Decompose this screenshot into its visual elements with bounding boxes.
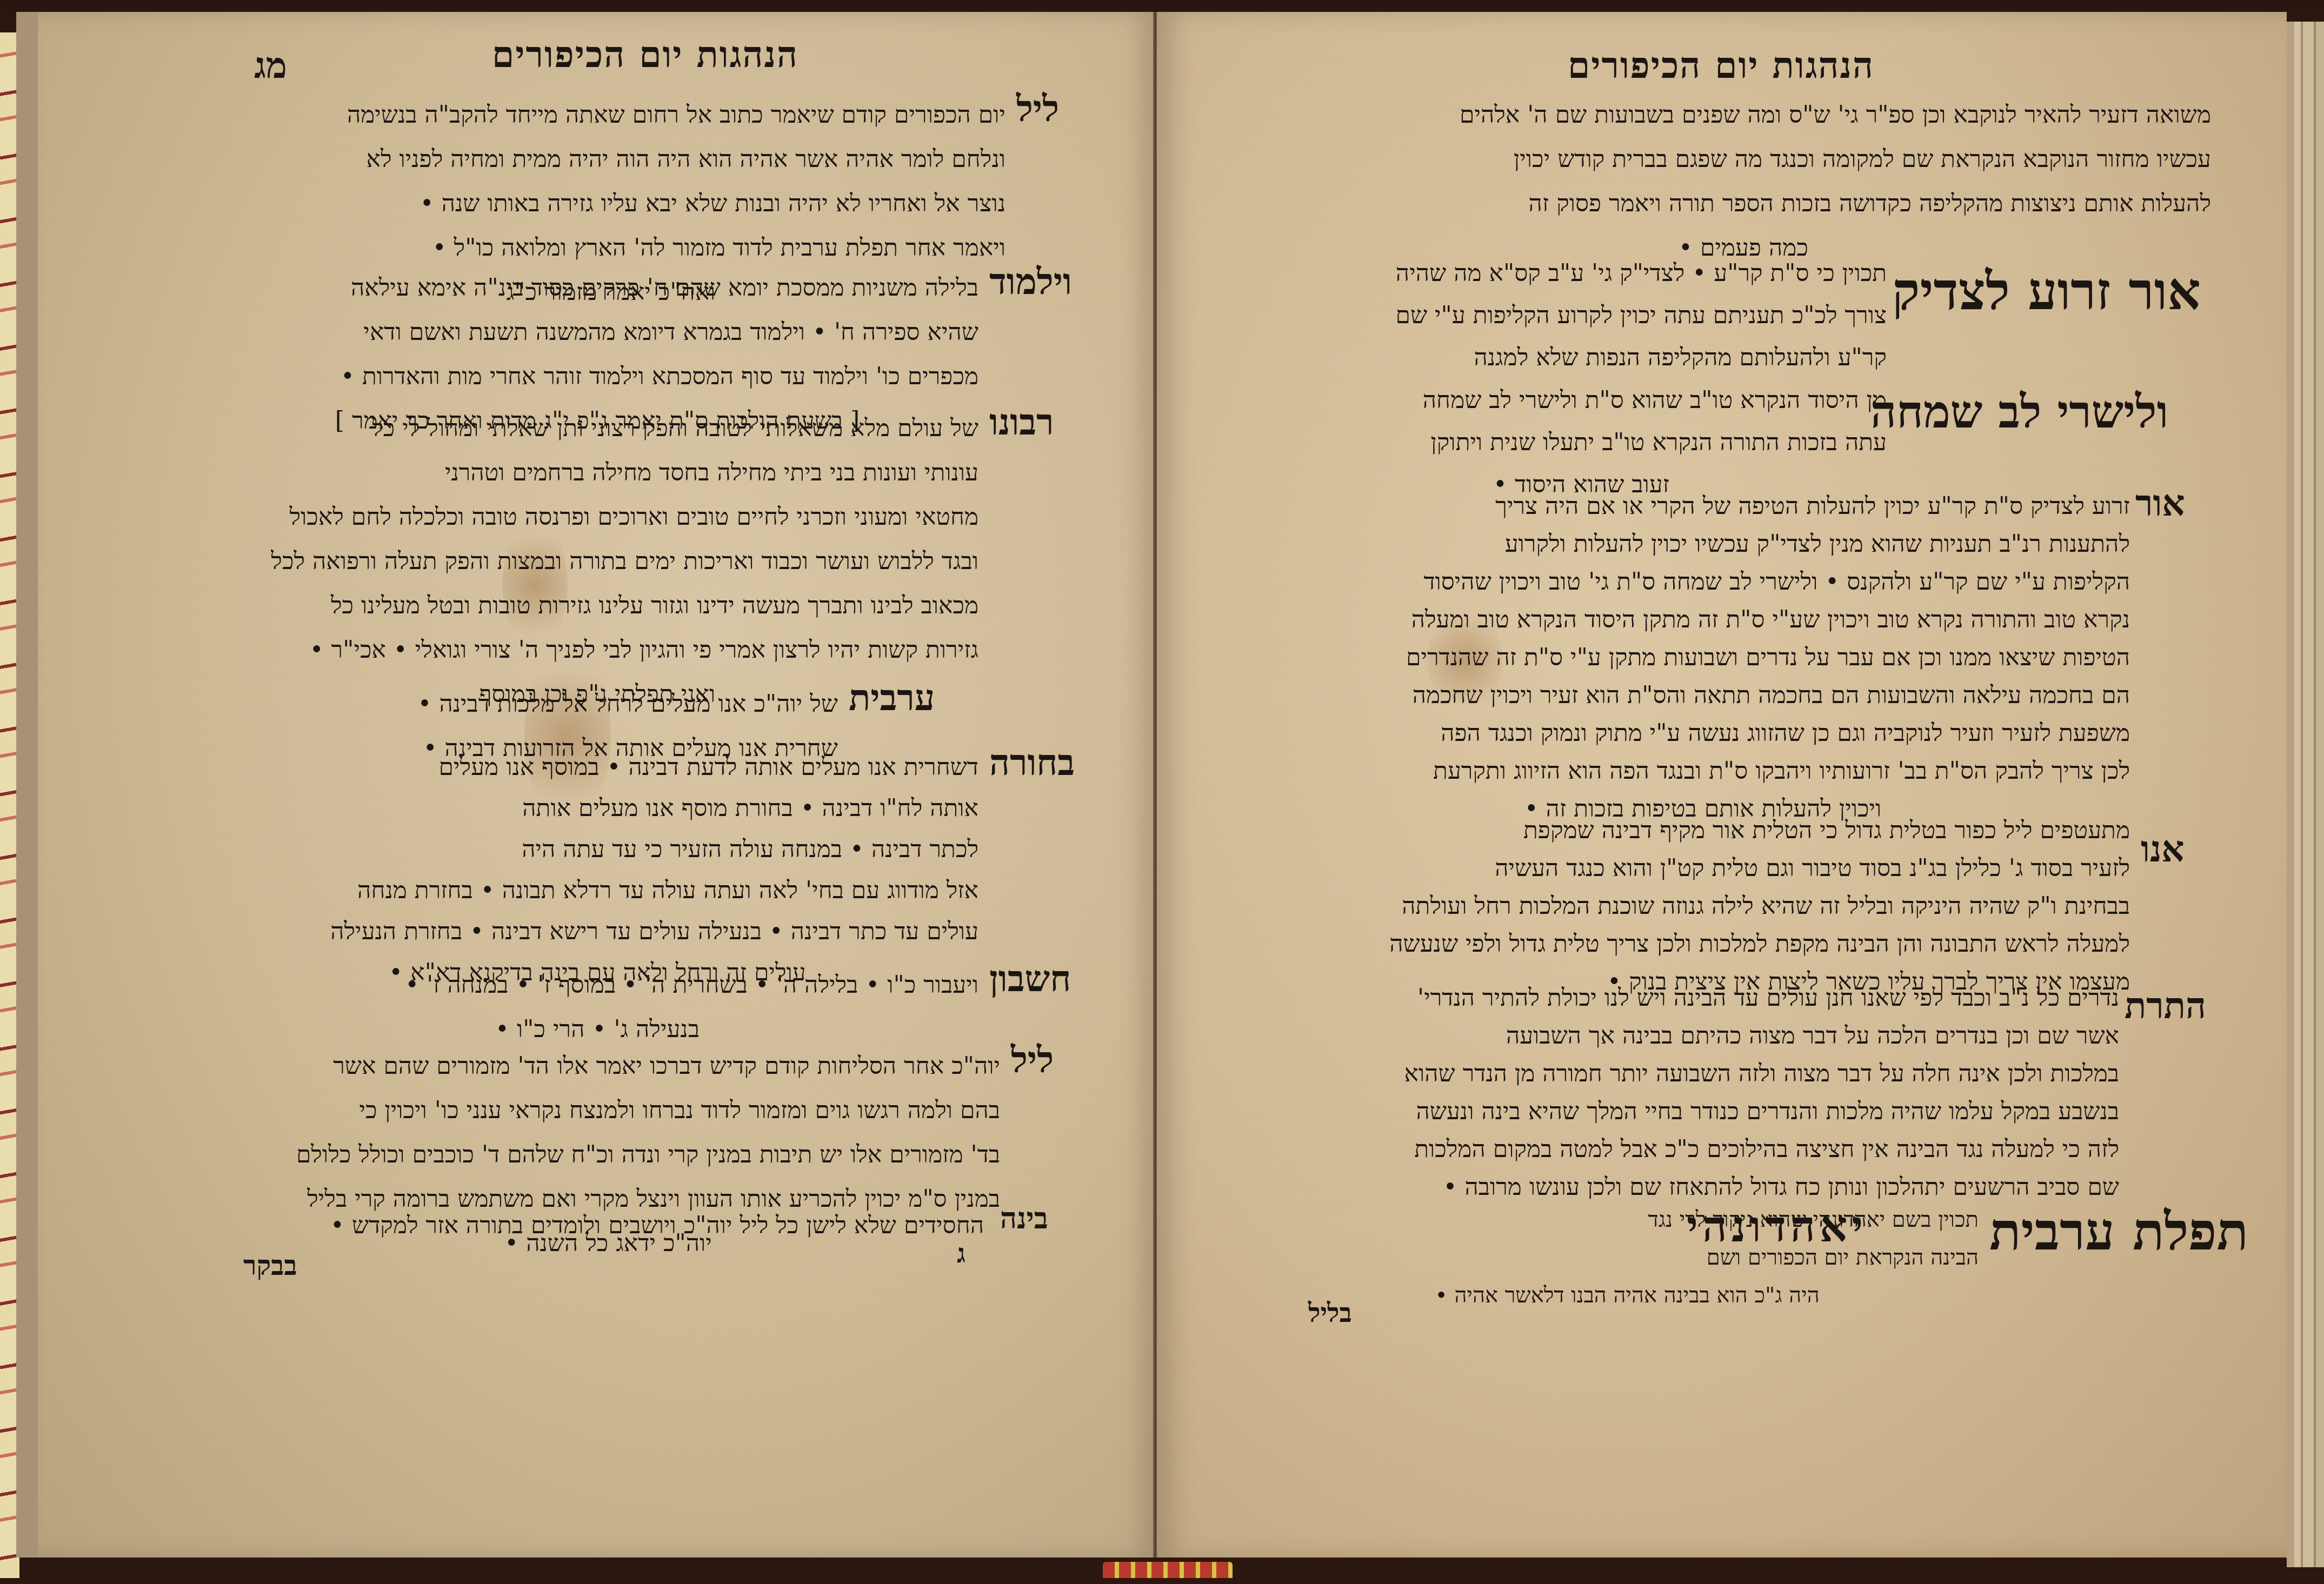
section-headword: וילמוד (989, 260, 1072, 303)
text-line: בלילה משניות ממסכת יומא שהם ח' פרקים כסו… (216, 266, 978, 310)
section-text: דשחרית אנו מעלים אותה לדעת דבינה • במוסף… (216, 747, 978, 993)
section-text: מן היסוד הנקרא טו"ב שהוא ס"ת ולישרי לב ש… (1276, 379, 1887, 506)
text-line: במלכות ולכן אינה חלה על דבר מצוה ולזה הש… (1276, 1055, 2119, 1093)
section-headword: תפלת ערבית (1989, 1201, 2248, 1262)
text-line: מכפרים כו' וילמוד עד סוף המסכתא וילמוד ז… (216, 355, 978, 399)
text-line: בהם ולמה רגשו גוים ומזמור לדוד נברחו ולמ… (216, 1088, 1000, 1133)
text-line: לכתר דבינה • במנחה עולה הזעיר כי עד עתה … (216, 829, 978, 870)
signature-mark: ג (957, 1239, 965, 1269)
text-line: שהיא ספירה ח' • וילמוד בגמרא דיומא מהמשנ… (216, 310, 978, 355)
folio-number: מג (254, 44, 287, 87)
text-line: אזל מודווג עם בחי' לאה ועתה עולה עד רדלא… (216, 870, 978, 911)
section-text: תכוין כי ס"ת קר"ע • לצדי"ק גי' ע"ב קס"א … (1276, 252, 1887, 379)
catchword: בבקר (243, 1249, 297, 1281)
section-text: של עולם מלא משאלותי לטובה והפק רצוני ותן… (216, 406, 978, 717)
running-head: הנהגות יום הכיפורים (1568, 44, 1874, 87)
text-line: קר"ע ולהעלותם מהקליפה הנפות שלא למגנה (1276, 337, 1887, 379)
text-line: החסידים שלא לישן כל ליל יוה"כ ויושבים ול… (216, 1204, 984, 1248)
text-line: בבחינת ו"ק שהיה היניקה ובליל זה שהיא ליל… (1276, 887, 2130, 925)
right-page: הנהגות יום הכיפורים משואה דזעיר להאיר לנ… (1157, 12, 2287, 1558)
text-line: דשחרית אנו מעלים אותה לדעת דבינה • במוסף… (216, 747, 978, 788)
section-headword: אור (2135, 482, 2185, 525)
text-line: עולים עד כתר דבינה • בנעילה עולים עד ריש… (216, 911, 978, 952)
running-head: הנהגות יום הכיפורים (492, 34, 798, 76)
text-line: משואה דזעיר להאיר לנוקבא וכן ספ"ר גי' ש"… (1276, 93, 2211, 137)
text-line: מתעטפים ליל כפור בטלית גדול כי הטלית אור… (1276, 812, 2130, 850)
text-line: ונלחם לומר אהיה אשר אהיה הוא היה הוה יהי… (216, 137, 1005, 182)
section-headword: חשבון (989, 958, 1071, 1000)
text-line: ובגד ללבוש ועושר וכבוד ואריכות ימים בתור… (216, 539, 978, 584)
text-line: בנשבע במקל עלמו שהיה מלכות והנדרים כנודר… (1276, 1093, 2119, 1131)
text-line: זרוע לצדיק ס"ת קר"ע יכוין להעלות הטיפה ש… (1276, 487, 2130, 525)
text-line: להעלות אותם ניצוצות מהקליפה כקדושה בזכות… (1276, 182, 2211, 226)
text-line: הבינה הנקראת יום הכפורים ושם (1276, 1239, 1979, 1276)
section-headword: ליל (1011, 1039, 1054, 1081)
section-text: מתעטפים ליל כפור בטלית גדול כי הטלית אור… (1276, 812, 2130, 1001)
catchword: בליל (1308, 1298, 1352, 1328)
text-line: לזה כי למעלה נגד הבינה אין חציצה בהילוכי… (1276, 1131, 2119, 1168)
text-line: צורך לכ"כ תעניתם עתה יכוין לקרוע הקליפות… (1276, 295, 1887, 337)
headband (1103, 1562, 1233, 1578)
text-line: של עולם מלא משאלותי לטובה והפק רצוני ותן… (216, 406, 978, 451)
text-line: מחטאי ומעוני וזכרני לחיים טובים וארוכים … (216, 495, 978, 539)
text-line: ויאמר אחר תפלת ערבית לדוד מזמור לה' הארץ… (216, 226, 1005, 270)
text-line: ויעבור כ"ו • בלילה ה' • בשחרית ה' • במוס… (216, 963, 978, 1007)
section-headword: רבונו (989, 401, 1054, 444)
text-line: משפעת לזעיר וזעיר לנוקביה וגם כן שהזווג … (1276, 714, 2130, 752)
section-text: תכוין בשם יאהדונהי שהוא ניקוד לרי נגד הב… (1276, 1201, 1979, 1314)
section-text: זרוע לצדיק ס"ת קר"ע יכוין להעלות הטיפה ש… (1276, 487, 2130, 828)
text-line: מן היסוד הנקרא טו"ב שהוא ס"ת ולישרי לב ש… (1276, 379, 1887, 422)
text-line: נדרים כל נ"ב וכבד לפי שאנו חנן עולים עד … (1276, 979, 2119, 1017)
text-line: הקליפות ע"י שם קר"ע ולהקנס • ולישרי לב ש… (1276, 563, 2130, 601)
section-text: נדרים כל נ"ב וכבד לפי שאנו חנן עולים עד … (1276, 979, 2119, 1206)
section-headword: התרת (2125, 985, 2206, 1027)
section-headword: אור זרוע לצדיק (1892, 260, 2201, 322)
section-headword: ערבית (849, 677, 935, 719)
text-line: אשר שם וכן בנדרים הלכה על דבר מצוה כהיתם… (1276, 1017, 2119, 1055)
text-line: בד' מזמורים אלו יש תיבות במנין קרי ונדה … (216, 1133, 1000, 1177)
text-line: עתה בזכות התורה הנקרא טו"ב יתעלו שנית וי… (1276, 422, 1887, 464)
intro-text: משואה דזעיר להאיר לנוקבא וכן ספ"ר גי' ש"… (1276, 93, 2211, 270)
text-line: אותה לח"ו דבינה • בחורת מוסף אנו מעלים א… (216, 788, 978, 829)
section-headword: ולישרי לב שמחה (1870, 385, 2168, 439)
text-line: עונותי ועונות בני ביתי מחילה בחסד מחילה … (216, 451, 978, 495)
section-headword: בחורה (989, 741, 1075, 784)
text-line: לזעיר בסוד ג' כלילן בג"נ בסוד טיבור וגם … (1276, 850, 2130, 887)
text-line: הטיפות שיצאו ממנו וכן אם עבר על נדרים וש… (1276, 639, 2130, 677)
section-headword: בינה (1000, 1201, 1048, 1235)
text-line: להתענות רנ"ב תעניות שהוא מנין לצדי"ק עכש… (1276, 525, 2130, 563)
text-line: תכוין בשם יאהדונהי שהוא ניקוד לרי נגד (1276, 1201, 1979, 1239)
text-line: של יוה"כ אנו מעלים לרחל אל מלכות דבינה • (243, 682, 838, 726)
section-headword: ליל (1016, 88, 1059, 130)
text-line: נקרא טוב והתורה נקרא טוב ויכוין שע"י ס"ת… (1276, 601, 2130, 639)
text-line: גזירות קשות יהיו לרצון אמרי פי והגיון לב… (216, 628, 978, 672)
text-line: תכוין כי ס"ת קר"ע • לצדי"ק גי' ע"ב קס"א … (1276, 252, 1887, 295)
page-edges (2287, 22, 2324, 1567)
text-line: לכן צריך להבק הס"ת בב' זרועותיו ויהבקו ס… (1276, 752, 2130, 790)
left-page: הנהגות יום הכיפורים מג ליל יום הכפורים ק… (16, 12, 1157, 1558)
section-text: החסידים שלא לישן כל ליל יוה"כ ויושבים ול… (216, 1204, 984, 1248)
text-line: יום הכפורים קודם שיאמר כתוב אל רחום שאתה… (216, 93, 1005, 137)
text-line: נוצר אל ואחריו לא יהיה ובנות שלא יבא עלי… (216, 182, 1005, 226)
section-text: ויעבור כ"ו • בלילה ה' • בשחרית ה' • במוס… (216, 963, 978, 1052)
text-line: עכשיו מחזור הנוקבא הנקראת שם למקומה וכנג… (1276, 137, 2211, 182)
text-line: הם בחכמה עילאה והשבועות הם בחכמה תתאה וה… (1276, 677, 2130, 714)
section-headword: אנו (2141, 828, 2185, 871)
text-line: יוה"כ אחר הסליחות קודם קדיש דברכו יאמר א… (216, 1044, 1000, 1088)
text-line: מכאוב לבינו ותברך מעשה ידינו וגזור עלינו… (216, 584, 978, 628)
text-line: למעלה לראש התבונה והן הבינה מקפת למלכות … (1276, 925, 2130, 963)
text-line: היה ג"כ הוא בבינה אהיה הבנו דלאשר אהיה • (1276, 1276, 1979, 1314)
